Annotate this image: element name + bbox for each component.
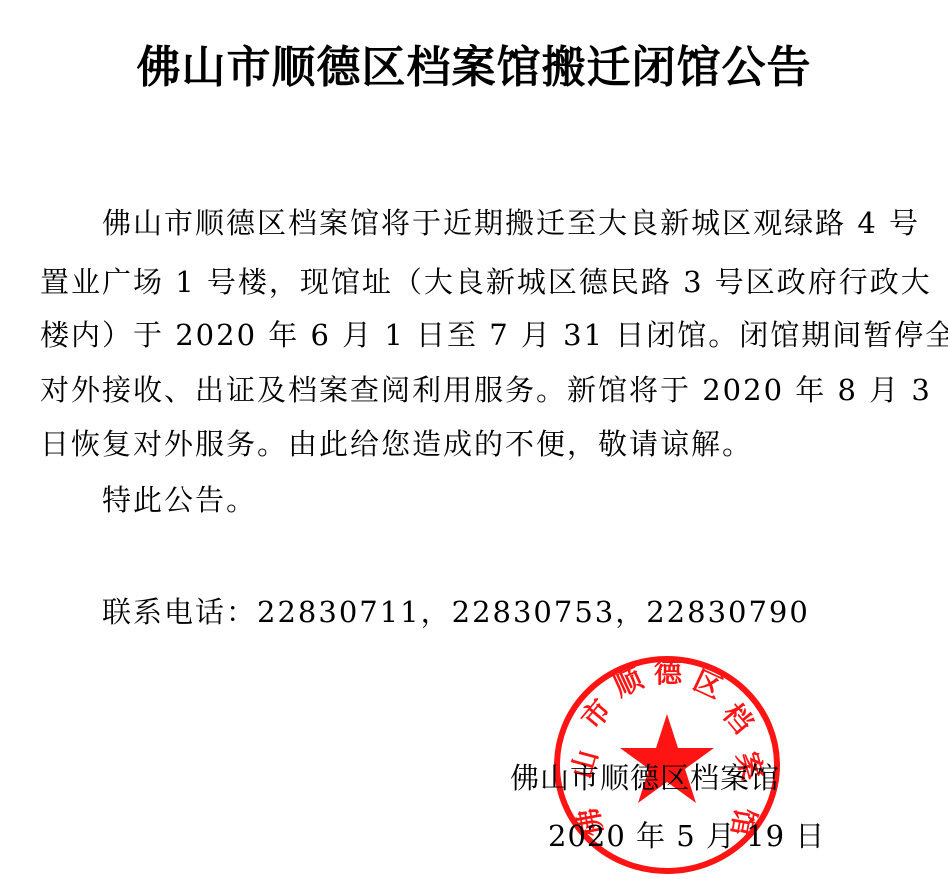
seal-char: 顺 <box>609 661 649 703</box>
seal-char: 区 <box>688 664 727 706</box>
page-title: 佛山市顺德区档案馆搬迁闭馆公告 <box>0 38 948 98</box>
paragraph-line: 对外接收、出证及档案查阅利用服务。新馆将于 2020 年 8 月 3 <box>40 370 920 410</box>
closing-remark: 特此公告。 <box>102 480 920 520</box>
paragraph-line: 日恢复对外服务。由此给您造成的不便，敬请谅解。 <box>40 424 920 464</box>
seal-char: 德 <box>654 656 683 689</box>
contact-line: 联系电话：22830711，22830753，22830790 <box>102 592 920 632</box>
contact-phones: 22830711，22830753，22830790 <box>257 595 810 629</box>
paragraph-line: 楼内）于 2020 年 6 月 1 日至 7 月 31 日闭馆。闭馆期间暂停全部 <box>40 315 920 355</box>
seal-char: 档 <box>716 697 759 740</box>
contact-label: 联系电话： <box>102 595 257 629</box>
signature-organization: 佛山市顺德区档案馆 <box>510 758 780 798</box>
signature-date: 2020 年 5 月 19 日 <box>548 816 825 856</box>
seal-char: 市 <box>575 693 618 736</box>
paragraph-line: 置业广场 1 号楼，现馆址（大良新城区德民路 3 号区政府行政大 <box>40 262 920 302</box>
announcement-page: 佛山市顺德区档案馆搬迁闭馆公告 佛山市顺德区档案馆将于近期搬迁至大良新城区观绿路… <box>0 0 948 879</box>
paragraph-line: 佛山市顺德区档案馆将于近期搬迁至大良新城区观绿路 4 号 <box>102 203 920 243</box>
seal-text: 佛 山 市 顺 德 区 档 案 馆 <box>565 656 769 839</box>
